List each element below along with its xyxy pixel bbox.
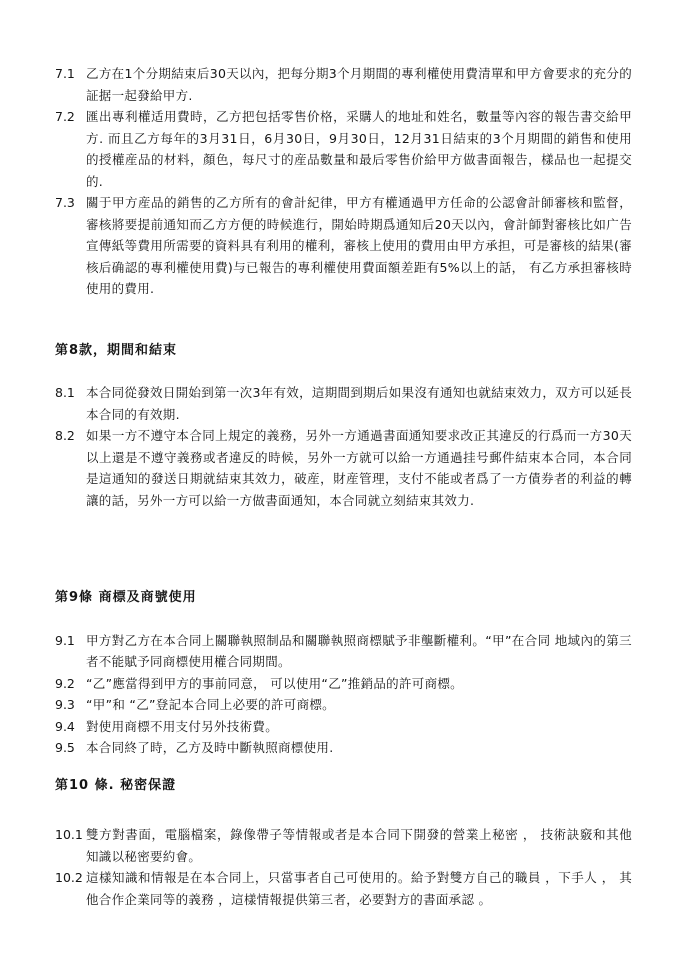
clause-text: 匯出專利權适用費時，乙方把包括零售价格，采購人的地址和姓名，數量等內容的報告書交…: [86, 106, 632, 192]
clause-text: 如果一方不遵守本合同上規定的義務，另外一方通過書面通知要求改正其違反的行爲而一方…: [86, 425, 632, 511]
clause-text: 乙方在1个分期結束后30天以內，把每分期3个月期間的專利權使用費清單和甲方會要求…: [86, 63, 632, 106]
clause-number: 9.1: [55, 630, 86, 652]
clause-text: 這樣知識和情報是在本合同上，只當事者自己可使用的。給予對雙方自己的職員 ，下手人…: [86, 867, 632, 910]
contract-document-page: 7.1 乙方在1个分期結束后30天以內，把每分期3个月期間的專利權使用費清單和甲…: [0, 0, 680, 962]
clause-8-1: 8.1 本合同從發效日開始到第一次3年有效，這期間到期后如果沒有通知也就結束效力…: [55, 382, 632, 425]
clause-number: 9.4: [55, 716, 86, 738]
clause-9-3: 9.3 “甲”和 “乙”登記本合同上必要的許可商標。: [55, 694, 632, 716]
clause-text: 雙方對書面，電腦檔案，錄像帶子等情報或者是本合同下開發的營業上秘密 ， 技術訣竅…: [86, 824, 632, 867]
clause-text: “乙”應當得到甲方的事前同意， 可以使用“乙”推銷品的許可商標。: [86, 673, 632, 695]
clause-9-1: 9.1 甲方對乙方在本合同上關聯執照制品和關聯執照商標賦予非壟斷權利。“甲”在合…: [55, 630, 632, 673]
clause-number: 10.2: [55, 867, 86, 889]
section-heading-9: 第9條 商標及商號使用: [55, 587, 632, 609]
clause-7-3: 7.3 關于甲方産品的銷售的乙方所有的會計紀律，甲方有權通過甲方任命的公認會計師…: [55, 192, 632, 300]
clause-text: “甲”和 “乙”登記本合同上必要的許可商標。: [86, 694, 632, 716]
clause-10-2: 10.2 這樣知識和情報是在本合同上，只當事者自己可使用的。給予對雙方自己的職員…: [55, 867, 632, 910]
document-body: 7.1 乙方在1个分期結束后30天以內，把每分期3个月期間的專利權使用費清單和甲…: [55, 63, 632, 910]
clause-9-5: 9.5 本合同終了時，乙方及時中斷執照商標使用.: [55, 737, 632, 759]
clause-9-2: 9.2 “乙”應當得到甲方的事前同意， 可以使用“乙”推銷品的許可商標。: [55, 673, 632, 695]
clause-number: 9.3: [55, 694, 86, 716]
clause-text: 關于甲方産品的銷售的乙方所有的會計紀律，甲方有權通過甲方任命的公認會計師審核和監…: [86, 192, 632, 300]
clause-number: 9.5: [55, 737, 86, 759]
clause-number: 8.2: [55, 425, 86, 447]
clause-10-1: 10.1 雙方對書面，電腦檔案，錄像帶子等情報或者是本合同下開發的營業上秘密 ，…: [55, 824, 632, 867]
clause-7-2: 7.2 匯出專利權适用費時，乙方把包括零售价格，采購人的地址和姓名，數量等內容的…: [55, 106, 632, 192]
clause-text: 對使用商標不用支付另外技術費。: [86, 716, 632, 738]
clause-text: 本合同從發效日開始到第一次3年有效，這期間到期后如果沒有通知也就結束效力，双方可…: [86, 382, 632, 425]
clause-text: 本合同終了時，乙方及時中斷執照商標使用.: [86, 737, 632, 759]
clause-number: 7.2: [55, 106, 86, 128]
clause-9-4: 9.4 對使用商標不用支付另外技術費。: [55, 716, 632, 738]
clause-number: 8.1: [55, 382, 86, 404]
clause-7-1: 7.1 乙方在1个分期結束后30天以內，把每分期3个月期間的專利權使用費清單和甲…: [55, 63, 632, 106]
clause-number: 9.2: [55, 673, 86, 695]
clause-8-2: 8.2 如果一方不遵守本合同上規定的義務，另外一方通過書面通知要求改正其違反的行…: [55, 425, 632, 511]
clause-number: 10.1: [55, 824, 86, 846]
section-heading-8: 第8款，期間和結束: [55, 340, 632, 362]
clause-number: 7.3: [55, 192, 86, 214]
clause-number: 7.1: [55, 63, 86, 85]
clause-text: 甲方對乙方在本合同上關聯執照制品和關聯執照商標賦予非壟斷權利。“甲”在合同 地域…: [86, 630, 632, 673]
section-heading-10: 第10 條. 秘密保證: [55, 775, 632, 797]
